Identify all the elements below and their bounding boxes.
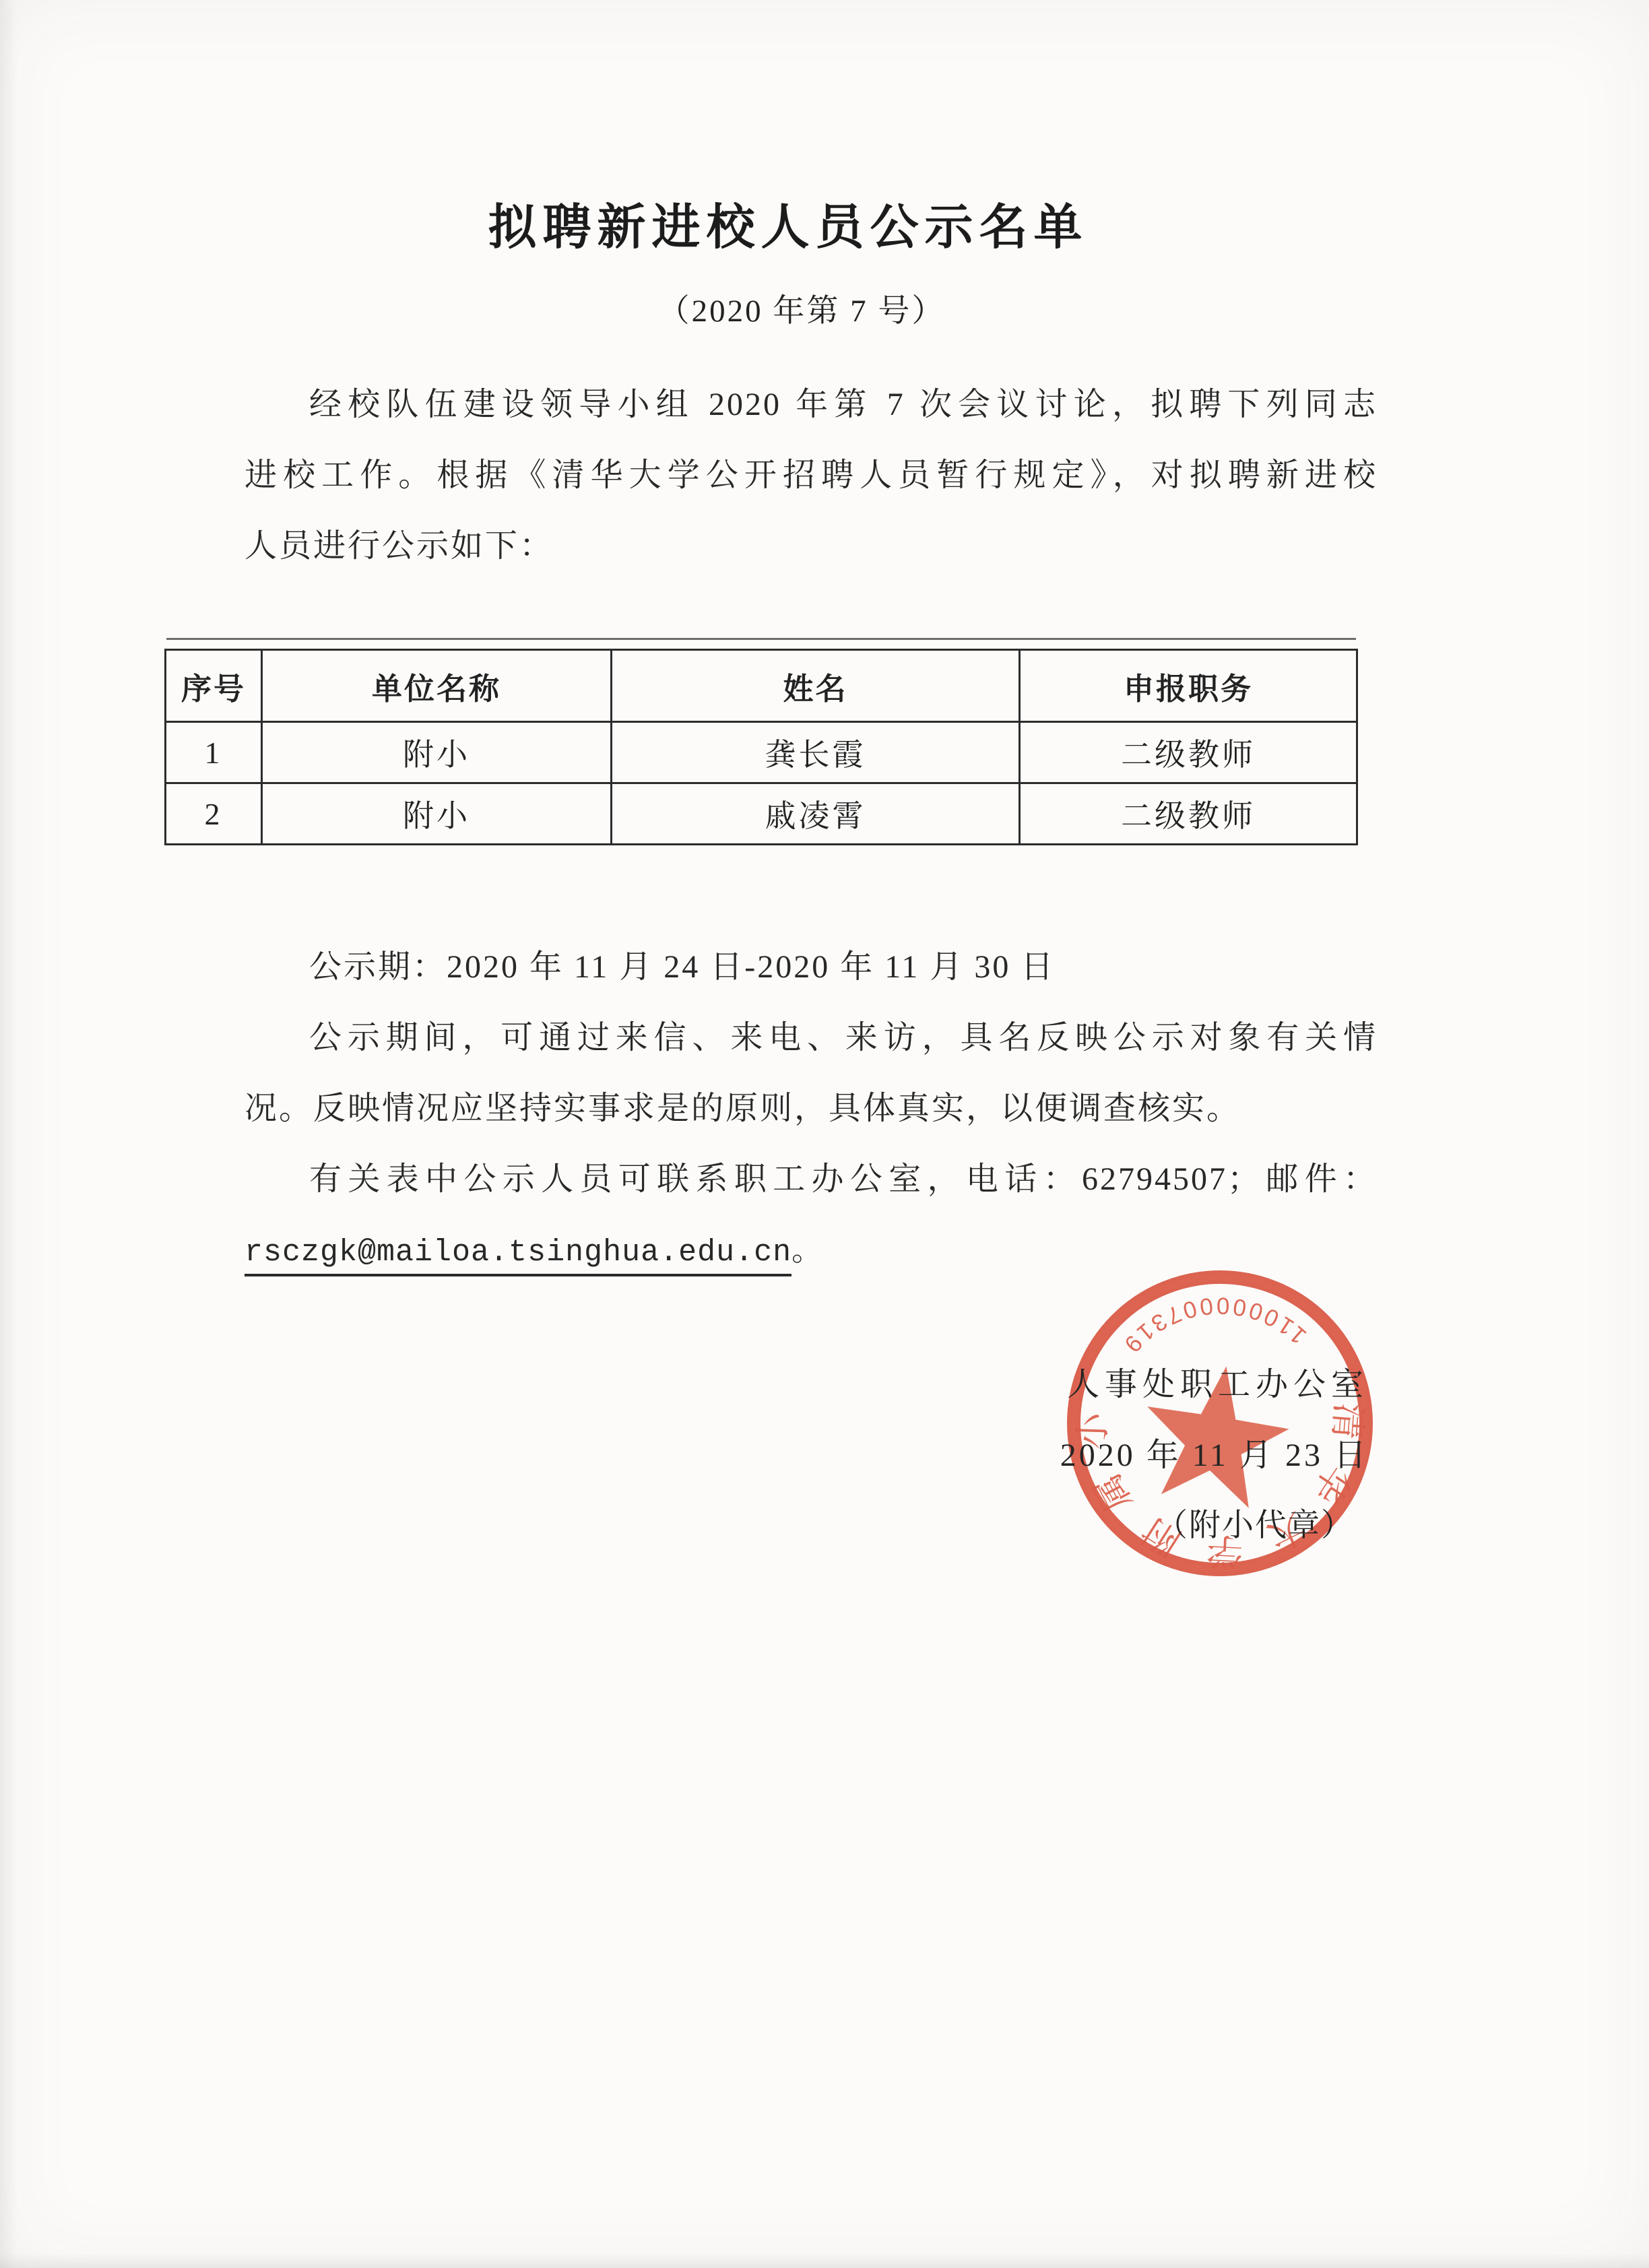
publicity-period-line: 公示期：2020 年 11 月 24 日-2020 年 11 月 30 日 [245,932,1378,1002]
announcement-table: 序号 单位名称 姓名 申报职务 1 附小 龚长霞 二级教师 2 附小 戚凌霄 二… [164,649,1358,845]
contact-email: rsczgk@mailoa.tsinghua.edu.cn [245,1235,791,1276]
issue-number: （2020 年第 7 号） [0,292,1603,330]
scan-edge-shade [0,0,18,2268]
scanned-document-page: 拟聘新进校人员公示名单 （2020 年第 7 号） 经校队伍建设领导小组 202… [0,0,1649,2268]
table-row: 1 附小 龚长霞 二级教师 [166,722,1357,783]
scan-double-line-artifact [166,638,1356,640]
page-title: 拟聘新进校人员公示名单 [0,199,1576,256]
signature-org: 人事处职工办公室 [1060,1349,1369,1420]
intro-line: 进校工作。根据《清华大学公开招聘人员暂行规定》，对拟聘新进校 [245,440,1378,511]
email-period: 。 [791,1235,822,1270]
cell-position: 二级教师 [1020,722,1357,783]
feedback-line: 况。反映情况应坚持实事求是的原则，具体真实，以便调查核实。 [245,1073,1378,1144]
cell-position: 二级教师 [1020,783,1357,845]
table-row: 2 附小 戚凌霄 二级教师 [166,783,1357,845]
cell-name: 龚长霞 [612,722,1020,783]
column-header-position: 申报职务 [1020,650,1357,722]
signature-block: 人事处职工办公室 2020 年 11 月 23 日 （附小代章） [1060,1349,1369,1561]
notes-paragraphs: 公示期：2020 年 11 月 24 日-2020 年 11 月 30 日 公示… [245,932,1378,1288]
intro-line: 人员进行公示如下： [245,511,1378,581]
intro-paragraph: 经校队伍建设领导小组 2020 年第 7 次会议讨论，拟聘下列同志 进校工作。根… [245,369,1378,581]
column-header-unit: 单位名称 [262,650,612,722]
cell-unit: 附小 [262,783,612,845]
cell-unit: 附小 [262,722,612,783]
column-header-name: 姓名 [612,650,1020,722]
cell-index: 2 [166,783,262,845]
intro-line: 经校队伍建设领导小组 2020 年第 7 次会议讨论，拟聘下列同志 [245,369,1378,440]
cell-name: 戚凌霄 [612,783,1020,845]
signature-date: 2020 年 11 月 23 日 [1060,1420,1369,1491]
column-header-index: 序号 [166,650,262,722]
contact-line: 有关表中公示人员可联系职工办公室，电话：62794507；邮件： [245,1144,1378,1214]
cell-index: 1 [166,722,262,783]
table-header-row: 序号 单位名称 姓名 申报职务 [166,650,1357,722]
signature-note: （附小代章） [1060,1491,1369,1561]
feedback-line: 公示期间，可通过来信、来电、来访，具名反映公示对象有关情 [245,1002,1378,1073]
scan-edge-shade [0,2253,1649,2268]
